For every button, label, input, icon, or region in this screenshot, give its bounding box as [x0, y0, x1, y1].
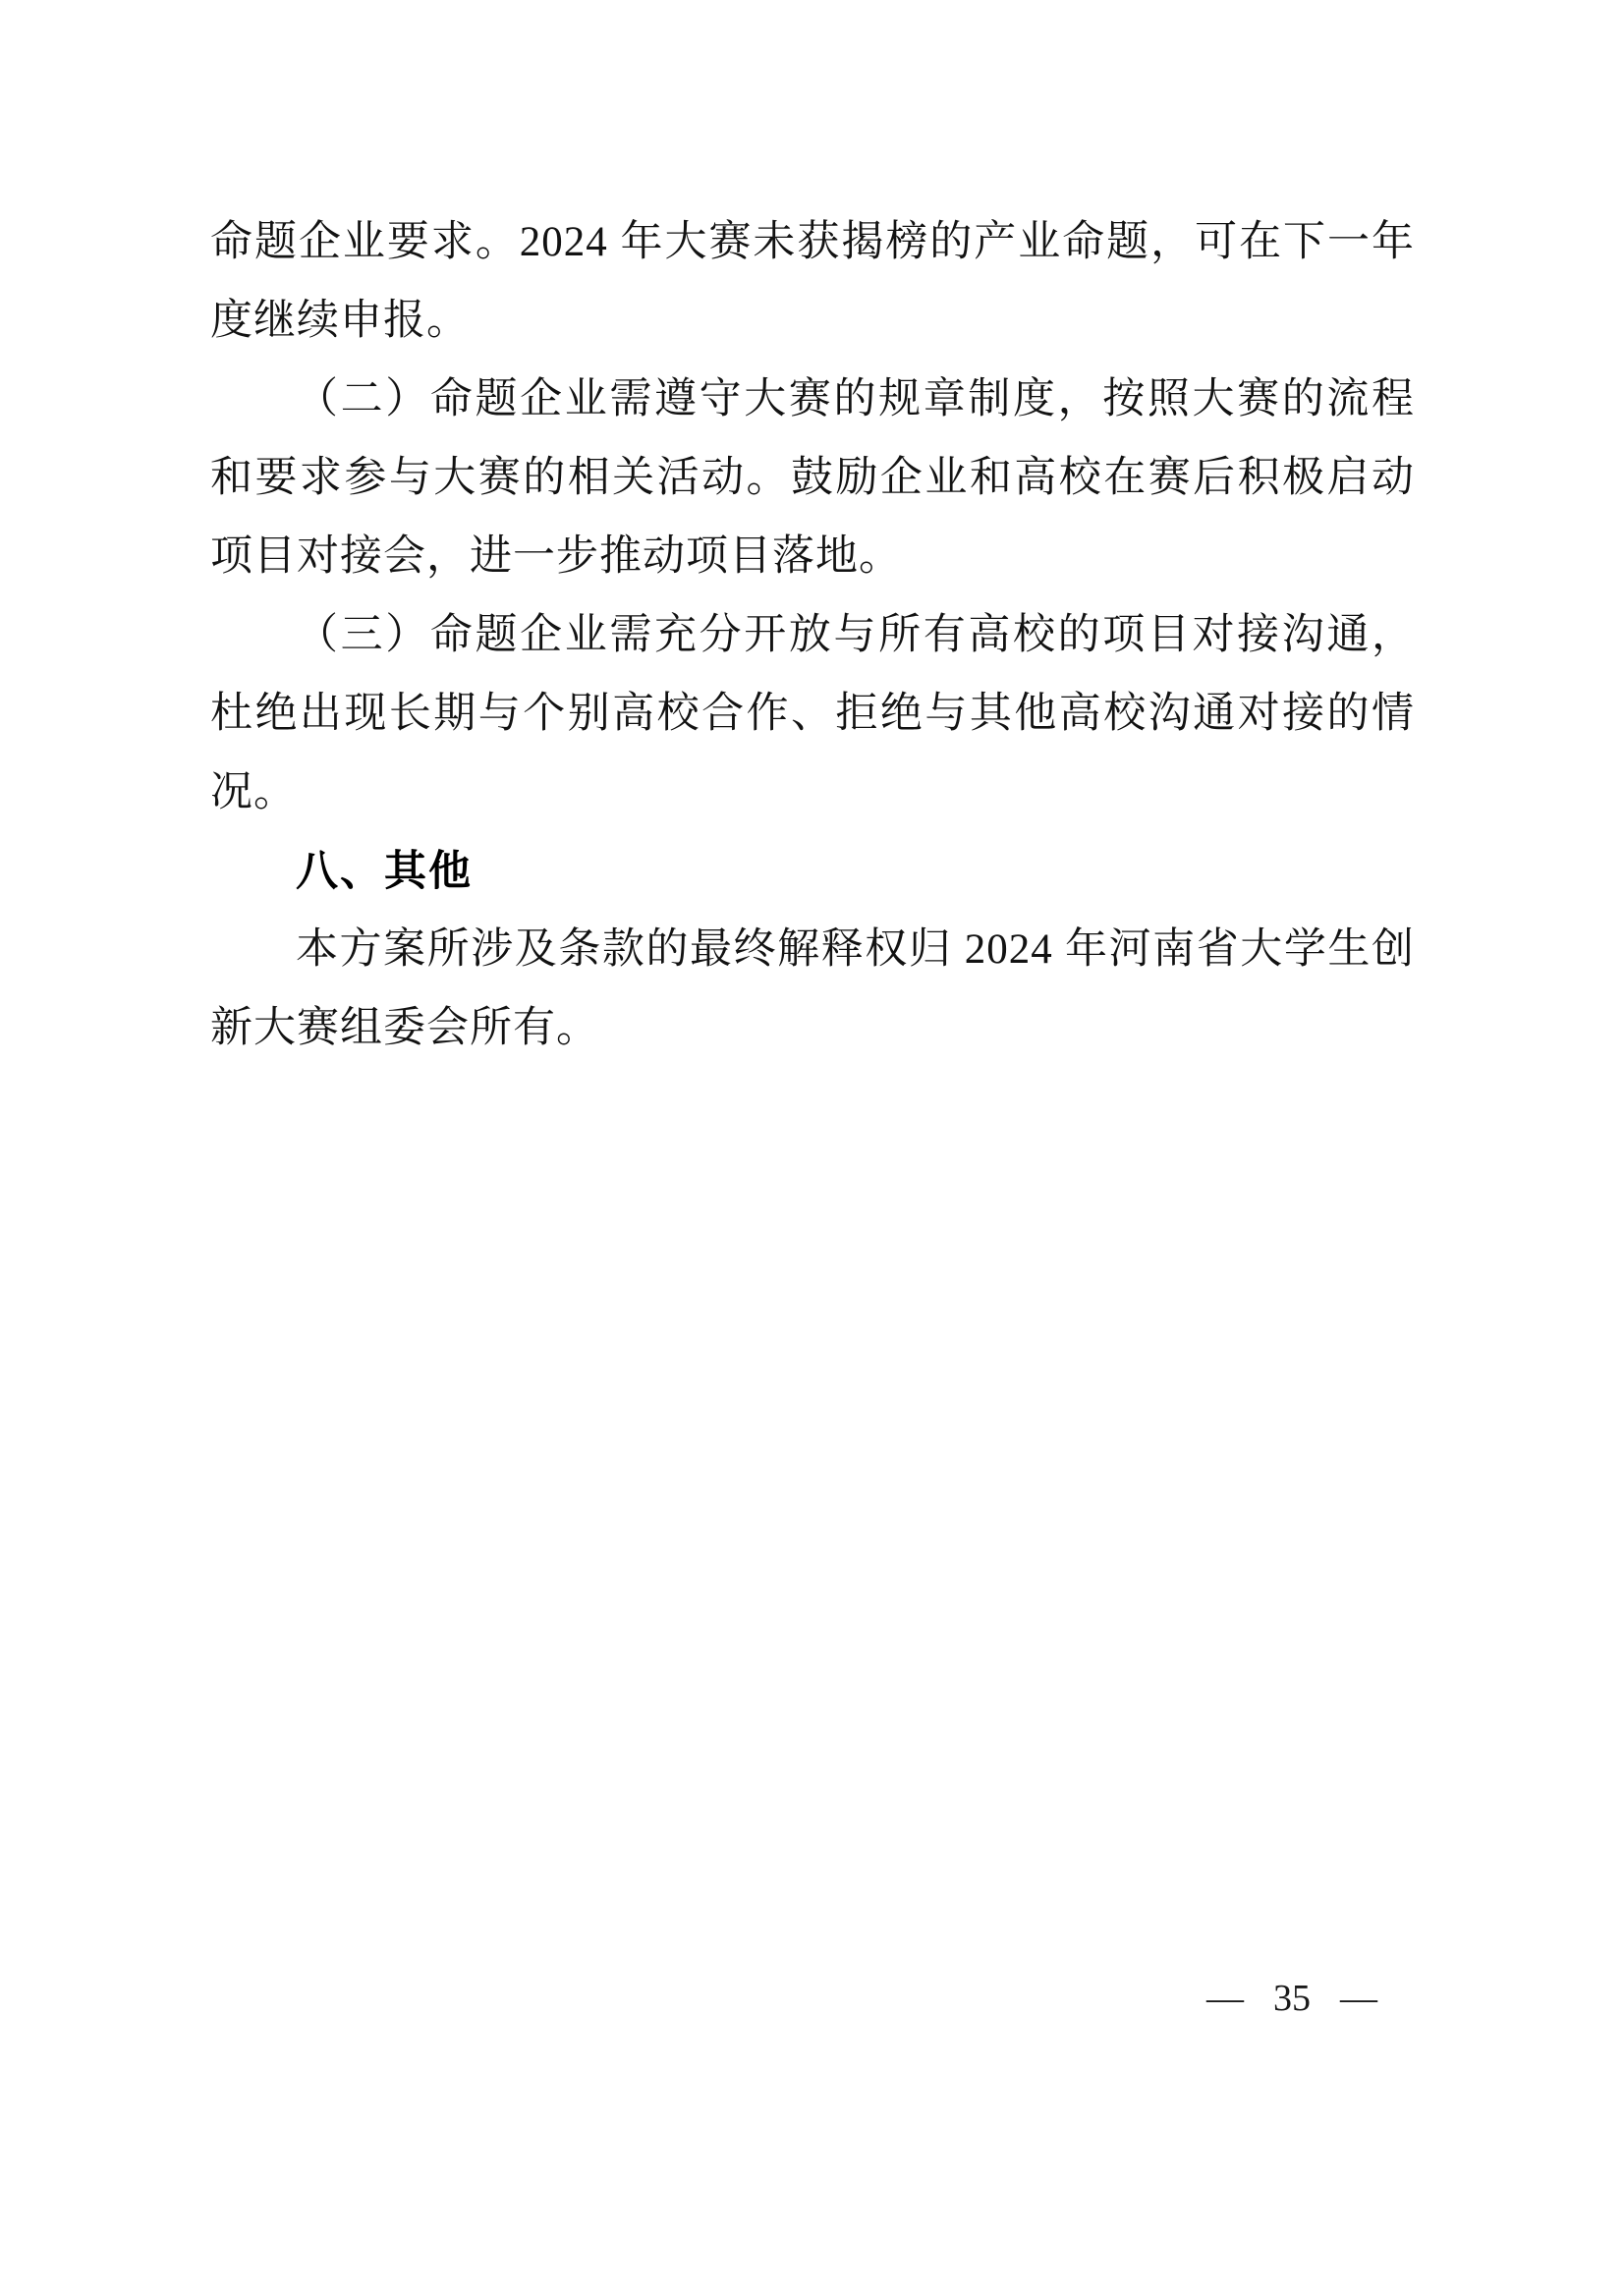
body-paragraph-final-interpretation: 本方案所涉及条款的最终解释权归 2024 年河南省大学生创新大赛组委会所有。	[210, 911, 1415, 1068]
body-paragraph-item-2: （二）命题企业需遵守大赛的规章制度，按照大赛的流程和要求参与大赛的相关活动。鼓励…	[210, 361, 1415, 596]
page-number: — 35 —	[1206, 1975, 1377, 2022]
body-paragraph-item-3: （三）命题企业需充分开放与所有高校的项目对接沟通，杜绝出现长期与个别高校合作、拒…	[210, 596, 1415, 832]
section-heading-other: 八、其他	[210, 832, 1415, 911]
page-number-dash-left: —	[1206, 1975, 1244, 2022]
document-page: 命题企业要求。2024 年大赛未获揭榜的产业命题，可在下一年度继续申报。 （二）…	[0, 0, 1624, 2295]
page-number-value: 35	[1273, 1975, 1311, 2022]
body-paragraph-continuation: 命题企业要求。2024 年大赛未获揭榜的产业命题，可在下一年度继续申报。	[210, 203, 1415, 361]
document-body: 命题企业要求。2024 年大赛未获揭榜的产业命题，可在下一年度继续申报。 （二）…	[210, 203, 1415, 1068]
page-number-dash-right: —	[1340, 1975, 1377, 2022]
